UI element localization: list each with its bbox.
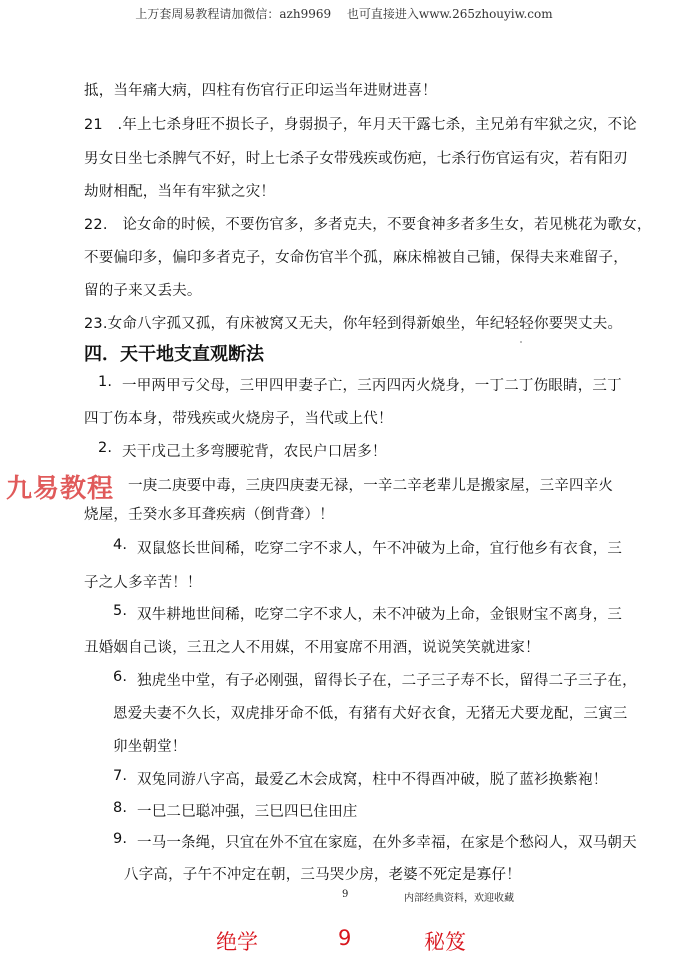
- list-item-text: 天干戊己土多弯腰驼背，农民户口居多！: [122, 440, 387, 461]
- list-item-number: 6.: [113, 669, 127, 685]
- page-header-banner: 上万套周易教程请加微信：azh9969 也可直接进入www.265zhouyiw…: [0, 5, 688, 22]
- footer-note: 内部经典资料，欢迎收藏: [404, 889, 514, 904]
- footer-watermark-page: 9: [338, 926, 351, 950]
- list-item-text: 一巳二巳聪冲强，三巳四巳住田庄: [137, 800, 358, 821]
- watermark-logo-text: 九易教程: [6, 468, 114, 505]
- list-item-text: 一马一条绳，只宜在外不宜在家庭，在外多幸福，在家是个愁闷人，双马朝天: [137, 831, 637, 852]
- list-item-text: 丑婚姻自己谈，三丑之人不用媒，不用宴席不用酒，说说笑笑就进家！: [84, 636, 540, 657]
- text-line: 22. 论女命的时候，不要伤官多，多者克夫，不要食神多者多生女，若见桃花为歌女，: [84, 213, 652, 234]
- scan-speck: [520, 341, 522, 343]
- list-item-text: 独虎坐中堂，有子必刚强，留得长子在，二子三子寿不长，留得二子三子在，: [137, 669, 637, 690]
- list-item-text: 双兔同游八字高，最爱乙木会成窝，柱中不得酉冲破，脱了蓝衫换紫袍！: [137, 768, 607, 789]
- footer-watermark-left: 绝学: [216, 926, 258, 956]
- text-line: 23.女命八字孤又孤，有床被窝又无夫，你年轻到得新娘坐，年纪轻轻你要哭丈夫。: [84, 312, 622, 333]
- list-item-number: 5.: [113, 603, 127, 619]
- list-item-number: 7.: [113, 768, 127, 784]
- list-item-text: 八字高，子午不冲定在朝，三马哭少房，老婆不死定是寡仔！: [124, 863, 521, 884]
- list-item-text: 子之人多辛苦！！: [84, 571, 202, 592]
- list-item-text: 双牛耕地世间稀，吃穿二字不求人，未不冲破为上命，金银财宝不离身，三: [137, 603, 622, 624]
- text-line: 21 .年上七杀身旺不损长子，身弱损子，年月天干露七杀，主兄弟有牢狱之灾，不论: [84, 113, 637, 134]
- list-item-text: 卯坐朝堂！: [113, 735, 187, 756]
- list-item-text: 双鼠悠长世间稀，吃穿二字不求人，午不冲破为上命，宜行他乡有衣食，三: [137, 537, 622, 558]
- list-item-number: 2.: [98, 440, 112, 456]
- section-heading: 四．天干地支直观断法: [84, 340, 264, 366]
- list-item-text: 恩爱夫妻不久长，双虎排牙命不低，有猪有犬好衣食，无猪无犬要龙配，三寅三: [113, 702, 628, 723]
- text-line: 不要偏印多，偏印多者克子，女命伤官半个孤，麻床棉被自己铺，保得夫来难留子，: [84, 246, 628, 267]
- list-item-number: 1.: [98, 374, 112, 390]
- list-item-text: 一甲两甲亏父母，三甲四甲妻子亡，三丙四丙火烧身，一丁二丁伤眼睛，三丁: [122, 374, 622, 395]
- page-number: 9: [342, 889, 348, 900]
- footer-watermark-right: 秘笈: [424, 926, 466, 956]
- list-item-number: 4.: [113, 537, 127, 553]
- list-item-text: 四丁伤本身，带残疾或火烧房子，当代或上代！: [84, 407, 393, 428]
- text-line: 男女日坐七杀脾气不好，时上七杀子女带残疾或伤疤，七杀行伤官运有灾，若有阳刃: [84, 147, 628, 168]
- list-item-text: 烧屋，壬癸水多耳聋疾病（倒背聋）！: [84, 503, 334, 524]
- text-line: 劫财相配，当年有牢狱之灾！: [84, 180, 275, 201]
- text-line: 抵，当年痛大病，四柱有伤官行正印运当年进财进喜！: [84, 79, 437, 100]
- text-line: 留的子来又丢夫。: [84, 279, 202, 300]
- list-item-text: 一庚二庚要中毒，三庚四庚妻无禄，一辛二辛老辈儿是搬家屋，三辛四辛火: [128, 474, 613, 495]
- list-item-number: 8.: [113, 800, 127, 816]
- list-item-number: 9.: [113, 831, 127, 847]
